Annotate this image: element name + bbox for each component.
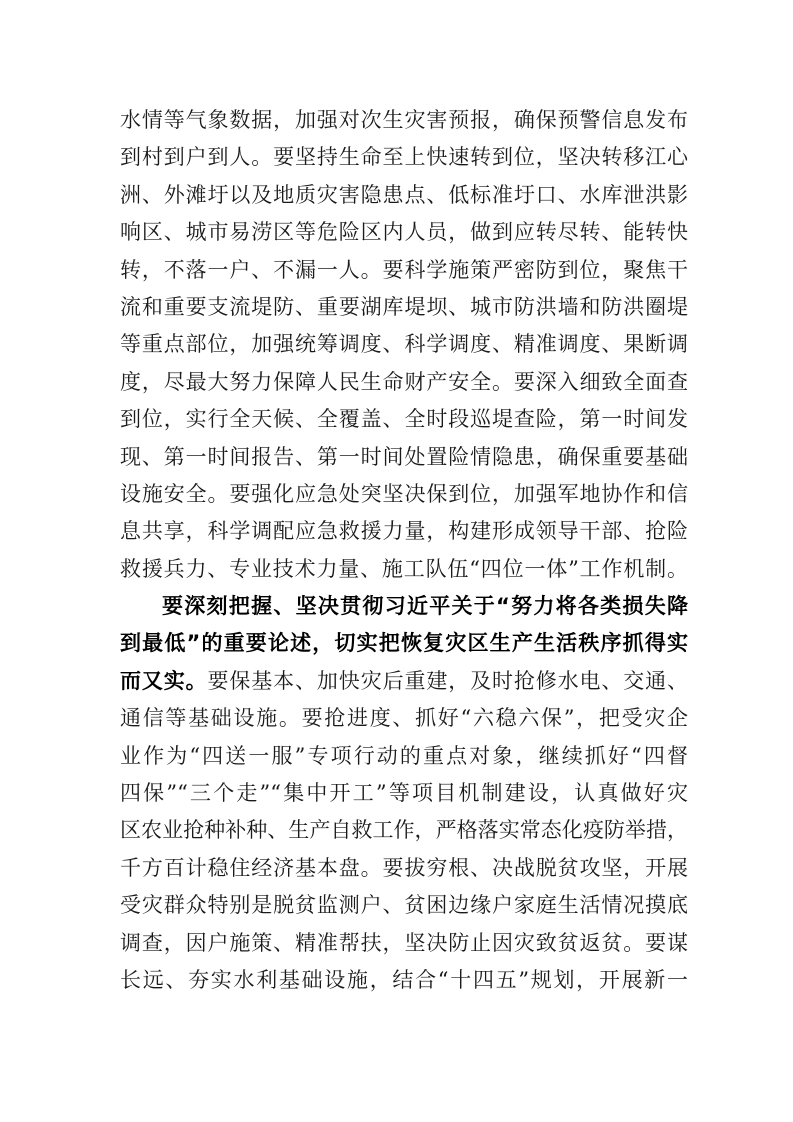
text-line: 度，尽最大努力保障人民生命财产安全。要深入细致全面查: [120, 364, 688, 401]
text-line: 受灾群众特别是脱贫监测户、贫困边缘户家庭生活情况摸底: [120, 887, 688, 924]
text-line: 长远、夯实水利基础设施，结合“十四五”规划，开展新一: [120, 962, 688, 999]
text-line-heading: 要深刻把握、坚决贯彻习近平关于“努力将各类损失降: [120, 588, 688, 625]
text-line: 等重点部位，加强统筹调度、科学调度、精准调度、果断调: [120, 326, 688, 363]
text-line: 流和重要支流堤防、重要湖库堤坝、城市防洪墙和防洪圈堤: [120, 289, 688, 326]
text-line: 响区、城市易涝区等危险区内人员，做到应转尽转、能转快: [120, 214, 688, 251]
paragraph-flood-response: 水情等气象数据，加强对次生灾害预报，确保预警信息发布 到村到户到人。要坚持生命至…: [120, 102, 688, 588]
text-line: 现、第一时间报告、第一时间处置险情隐患，确保重要基础: [120, 439, 688, 476]
text-line: 水情等气象数据，加强对次生灾害预报，确保预警信息发布: [120, 102, 688, 139]
text-line: 息共享，科学调配应急救援力量，构建形成领导干部、抢险: [120, 513, 688, 550]
text-line: 千方百计稳住经济基本盘。要拔穷根、决战脱贫攻坚，开展: [120, 850, 688, 887]
text-line: 通信等基础设施。要抢进度、抓好“六稳六保”，把受灾企: [120, 700, 688, 737]
text-line: 转，不落一户、不漏一人。要科学施策严密防到位，聚焦干: [120, 252, 688, 289]
bold-heading-text: 到最低”的重要论述，切实把恢复灾区生产生活秩序抓得实: [120, 631, 688, 655]
text-line: 到位，实行全天候、全覆盖、全时段巡堤查险，第一时间发: [120, 401, 688, 438]
text-line: 调查，因户施策、精准帮扶，坚决防止因灾致贫返贫。要谋: [120, 925, 688, 962]
text-line: 救援兵力、专业技术力量、施工队伍“四位一体”工作机制。: [120, 551, 688, 588]
text-line: 洲、外滩圩以及地质灾害隐患点、低标准圩口、水库泄洪影: [120, 177, 688, 214]
text-line-heading: 到最低”的重要论述，切实把恢复灾区生产生活秩序抓得实: [120, 625, 688, 662]
text-line: 区农业抢种补种、生产自救工作，严格落实常态化疫防举措，: [120, 812, 688, 849]
bold-heading-text: 要深刻把握、坚决贯彻习近平关于“努力将各类损失降: [162, 594, 688, 618]
paragraph-disaster-recovery: 要深刻把握、坚决贯彻习近平关于“努力将各类损失降 到最低”的重要论述，切实把恢复…: [120, 588, 688, 999]
text-line: 四保”“三个走”“集中开工”等项目机制建设，认真做好灾: [120, 775, 688, 812]
bold-heading-text: 而又实。: [120, 669, 208, 693]
body-text: 要保基本、加快灾后重建，及时抢修水电、交通、: [208, 669, 688, 693]
text-line: 而又实。要保基本、加快灾后重建，及时抢修水电、交通、: [120, 663, 688, 700]
text-line: 业作为“四送一服”专项行动的重点对象，继续抓好“四督: [120, 738, 688, 775]
text-line: 设施安全。要强化应急处突坚决保到位，加强军地协作和信: [120, 476, 688, 513]
document-page: 水情等气象数据，加强对次生灾害预报，确保预警信息发布 到村到户到人。要坚持生命至…: [120, 102, 688, 999]
text-line: 到村到户到人。要坚持生命至上快速转到位，坚决转移江心: [120, 139, 688, 176]
